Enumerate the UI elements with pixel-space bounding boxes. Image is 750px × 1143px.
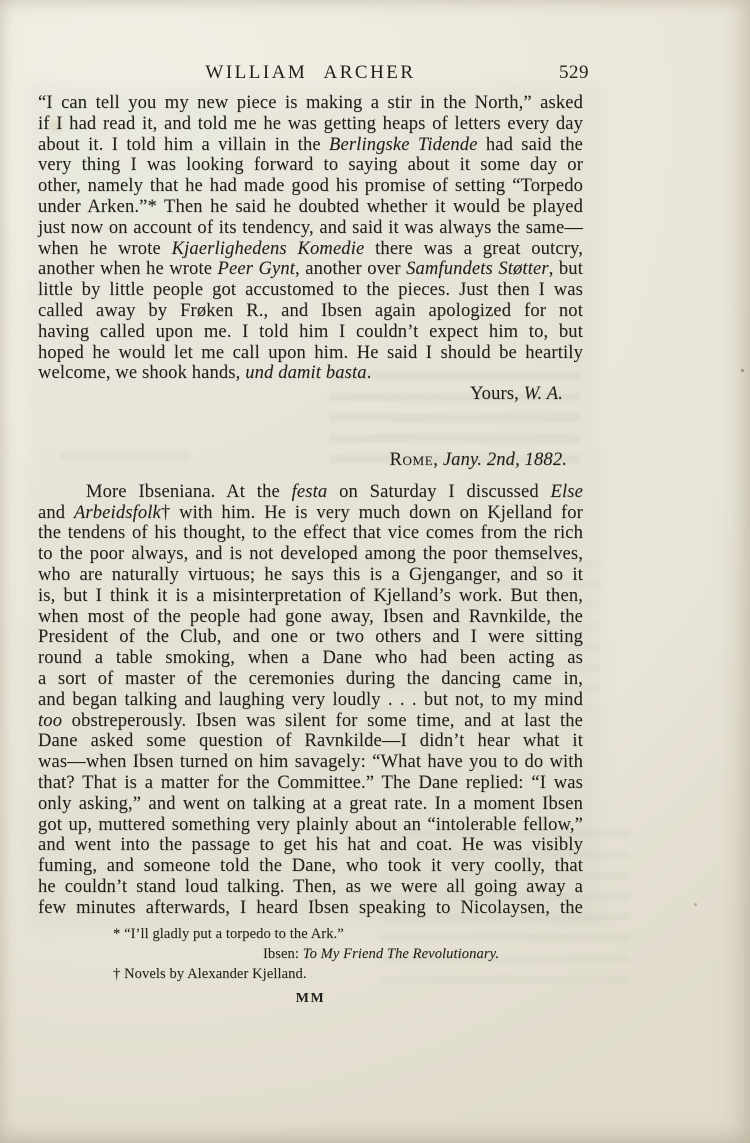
letter-text-line: called away by Frøken R., and Ibsen agai… (38, 301, 583, 322)
letter-text-line: little by little people got accustomed t… (38, 280, 583, 301)
text-segment: , another over (295, 259, 406, 279)
text-segment: Kjaerlighedens Komedie (172, 239, 365, 259)
text-segment: President of the Club, and one or two ot… (38, 627, 583, 647)
text-segment: Peer Gynt (218, 259, 296, 279)
footnote-line: Ibsen: To My Friend The Revolutionary. (38, 944, 583, 964)
text-segment: * “I’ll gladly put a torpedo to the Ark.… (113, 926, 344, 942)
letter-text-line: was—when Ibsen turned on him savagely: “… (38, 752, 583, 773)
text-segment: just now on account of its tendency, and… (38, 218, 583, 238)
letter-text-line: when he wrote Kjaerlighedens Komedie the… (38, 239, 583, 260)
text-segment: when he wrote (38, 239, 172, 259)
text-segment: few minutes afterwards, I heard Ibsen sp… (38, 898, 583, 918)
book-page-scan: WILLIAM ARCHER 529 “I can tell you my ne… (0, 0, 750, 1143)
signature-line: Yours, W. A. (38, 384, 583, 405)
letter-text-line: and began talking and laughing very loud… (38, 690, 583, 711)
letter-text-line: got up, muttered something very plainly … (38, 815, 583, 836)
dateline: Rome, Jany. 2nd, 1882. (38, 450, 583, 471)
text-segment: hoped he would let me call upon him. He … (38, 343, 583, 363)
letter-text-line: other, namely that he had made good his … (38, 176, 583, 197)
text-segment: a sort of master of the ceremonies durin… (38, 669, 583, 689)
text-segment: festa (292, 482, 328, 502)
letter-body-2: Rome, Jany. 2nd, 1882. More Ibseniana. A… (38, 450, 583, 919)
text-segment: only asking,” and went on talking at a g… (38, 794, 583, 814)
text-segment: that? That is a matter for the Committee… (38, 773, 583, 793)
footnote-line: * “I’ll gladly put a torpedo to the Ark.… (38, 924, 583, 944)
text-segment: on Saturday I discussed (327, 482, 550, 502)
text-segment: about it. I told him a villain in the (38, 135, 329, 155)
text-segment: had said the (478, 135, 583, 155)
letter-text-line: just now on account of its tendency, and… (38, 218, 583, 239)
text-segment: † with him. He is very much down on Kjel… (161, 503, 583, 523)
text-segment: if I had read it, and told me he was get… (38, 114, 583, 134)
letter-text-line: another when he wrote Peer Gynt, another… (38, 259, 583, 280)
text-segment: other, namely that he had made good his … (38, 176, 583, 196)
running-header-title: WILLIAM ARCHER (205, 62, 415, 83)
text-segment: and (38, 503, 74, 523)
letter-text-line: and Arbeidsfolk† with him. He is very mu… (38, 503, 583, 524)
footnote-line: † Novels by Alexander Kjelland. (38, 964, 583, 984)
text-segment: there was a great outcry, (364, 239, 583, 259)
text-segment: round a table smoking, when a Dane who h… (38, 648, 583, 668)
text-segment: called away by Frøken R., and Ibsen agai… (38, 301, 583, 321)
paper-speck (741, 369, 744, 372)
text-segment: † Novels by Alexander Kjelland. (113, 966, 307, 982)
text-segment: under Arken.”* Then he said he doubted w… (38, 197, 583, 217)
text-segment: having called upon me. I told him I coul… (38, 322, 583, 342)
text-segment: when most of the people had gone away, I… (38, 607, 583, 627)
text-segment: little by little people got accustomed t… (38, 280, 583, 300)
letter-2-text: More Ibseniana. At the festa on Saturday… (38, 482, 583, 919)
letter-1-text: “I can tell you my new piece is making a… (38, 93, 583, 384)
text-segment: und damit basta (245, 363, 366, 383)
letter-text-line: if I had read it, and told me he was get… (38, 114, 583, 135)
text-segment: fuming, and someone told the Dane, who t… (38, 856, 583, 876)
page-number: 529 (559, 60, 589, 86)
text-segment: More Ibseniana. At the (86, 482, 292, 502)
text-segment: Arbeidsfolk (74, 503, 161, 523)
letter-text-line: that? That is a matter for the Committee… (38, 773, 583, 794)
text-segment: Yours, (470, 384, 524, 404)
letter-dateline: Rome, Jany. 2nd, 1882. (38, 450, 583, 471)
text-segment: he couldn’t stand loud talking. Then, as… (38, 877, 583, 897)
letter-signature: Yours, W. A. (38, 384, 583, 405)
text-segment: Rome (390, 450, 434, 470)
text-segment: Samfundets Støtter (406, 259, 549, 279)
letter-text-line: few minutes afterwards, I heard Ibsen sp… (38, 898, 583, 919)
letter-text-line: very thing I was looking forward to sayi… (38, 155, 583, 176)
text-segment: Jany. 2nd, 1882. (443, 450, 567, 470)
letter-text-line: under Arken.”* Then he said he doubted w… (38, 197, 583, 218)
text-segment: obstreperously. Ibsen was silent for som… (62, 711, 583, 731)
text-segment: and began talking and laughing very loud… (38, 690, 583, 710)
letter-text-line: a sort of master of the ceremonies durin… (38, 669, 583, 690)
text-segment: Dane asked some question of Ravnkilde—I … (38, 731, 583, 751)
text-segment: was—when Ibsen turned on him savagely: “… (38, 752, 583, 772)
text-segment: very thing I was looking forward to sayi… (38, 155, 583, 175)
letter-text-line: welcome, we shook hands, und damit basta… (38, 363, 583, 384)
letter-text-line: only asking,” and went on talking at a g… (38, 794, 583, 815)
text-segment: , but (549, 259, 583, 279)
letter-text-line: to the poor always, and is not developed… (38, 544, 583, 565)
text-segment: to the poor always, and is not developed… (38, 544, 583, 564)
text-segment: the tendens of his thought, to the effec… (38, 523, 583, 543)
text-segment: Else (551, 482, 583, 502)
text-segment: , (433, 450, 443, 470)
letter-text-line: hoped he would let me call upon him. He … (38, 343, 583, 364)
letter-text-line: round a table smoking, when a Dane who h… (38, 648, 583, 669)
letter-text-line: too obstreperously. Ibsen was silent for… (38, 711, 583, 732)
paper-speck (694, 903, 697, 906)
letter-text-line: fuming, and someone told the Dane, who t… (38, 856, 583, 877)
text-segment: Berlingske Tidende (329, 135, 478, 155)
letter-text-line: having called upon me. I told him I coul… (38, 322, 583, 343)
text-segment: “I can tell you my new piece is making a… (38, 93, 583, 113)
letter-text-line: about it. I told him a villain in the Be… (38, 135, 583, 156)
text-segment: too (38, 711, 62, 731)
letter-text-line: President of the Club, and one or two ot… (38, 627, 583, 648)
text-segment: W. A. (524, 384, 563, 404)
letter-text-line: who are naturally virtuous; he says this… (38, 565, 583, 586)
footnotes: * “I’ll gladly put a torpedo to the Ark.… (38, 924, 583, 984)
text-segment: got up, muttered something very plainly … (38, 815, 583, 835)
letter-text-line: when most of the people had gone away, I… (38, 607, 583, 628)
letter-text-line: he couldn’t stand loud talking. Then, as… (38, 877, 583, 898)
running-header: WILLIAM ARCHER 529 (38, 60, 583, 86)
letter-text-line: Dane asked some question of Ravnkilde—I … (38, 731, 583, 752)
letter-text-line: “I can tell you my new piece is making a… (38, 93, 583, 114)
text-segment: welcome, we shook hands, (38, 363, 245, 383)
printers-signature-mark: MM (38, 991, 583, 1007)
text-segment: Ibsen: (263, 946, 303, 962)
letter-body-1: “I can tell you my new piece is making a… (38, 93, 583, 405)
text-segment: and went into the passage to get his hat… (38, 835, 583, 855)
letter-text-line: is, but I think it is a misinterpretatio… (38, 586, 583, 607)
letter-text-line: More Ibseniana. At the festa on Saturday… (38, 482, 583, 503)
letter-text-line: the tendens of his thought, to the effec… (38, 523, 583, 544)
text-segment: is, but I think it is a misinterpretatio… (38, 586, 583, 606)
letter-text-line: and went into the passage to get his hat… (38, 835, 583, 856)
text-segment: another when he wrote (38, 259, 218, 279)
text-segment: To My Friend The Revolutionary. (303, 946, 499, 962)
text-segment: who are naturally virtuous; he says this… (38, 565, 583, 585)
text-segment: . (367, 363, 372, 383)
